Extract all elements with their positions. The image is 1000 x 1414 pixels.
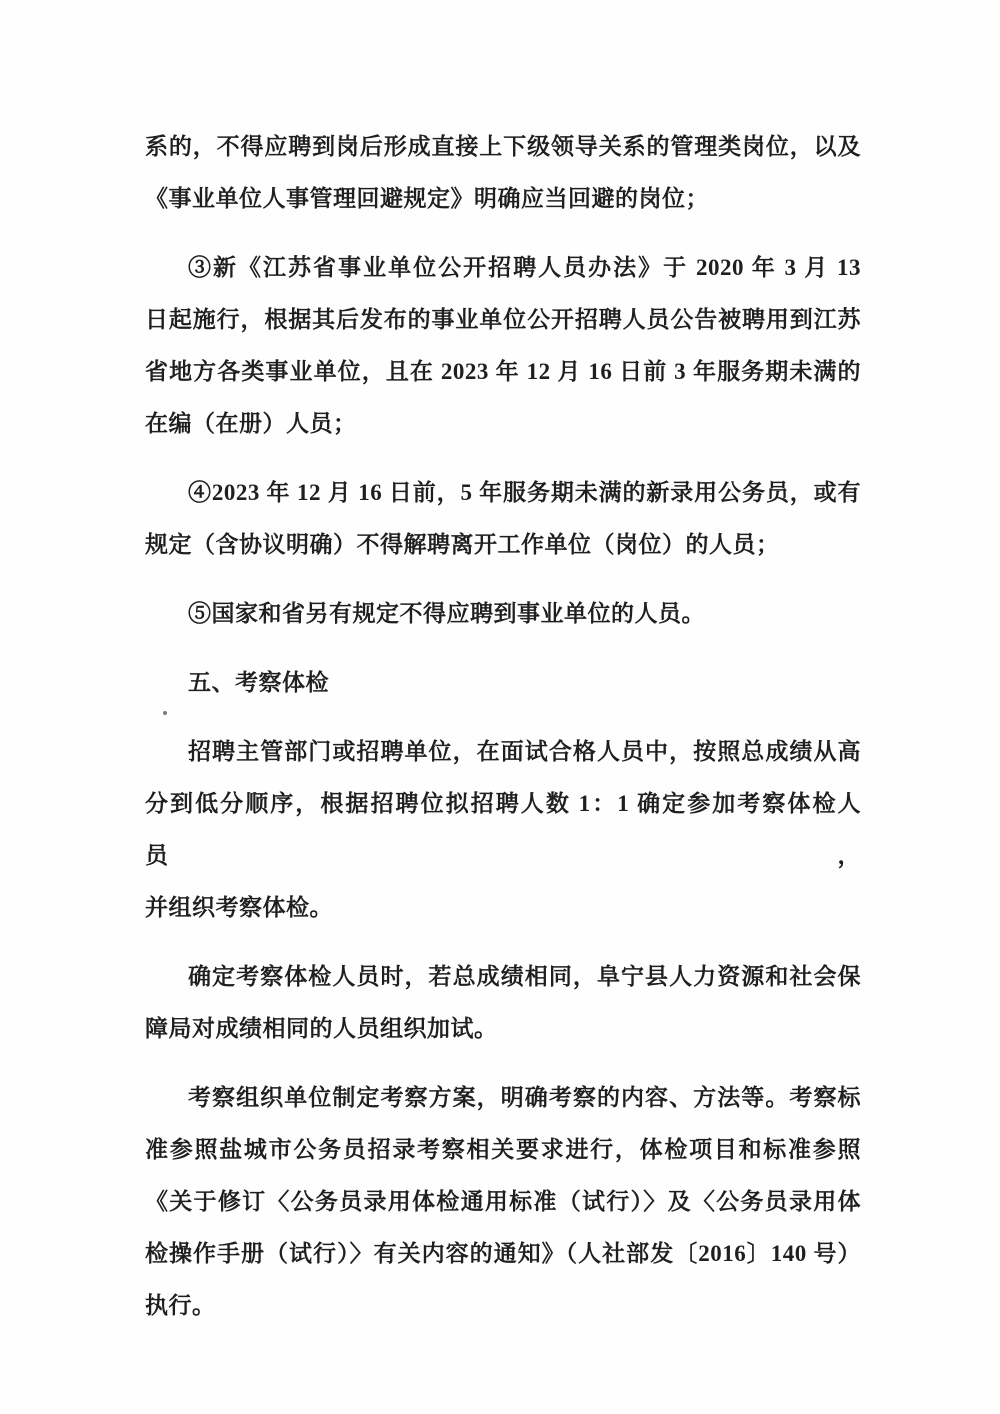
paragraph-body: 考察组织单位制定考察方案，明确考察的内容、方法等。考察标 准参照盐城市公务员招录… [145, 1072, 861, 1332]
paragraph-list-item-3: ③新《江苏省事业单位公开招聘人员办法》于 2020 年 3 月 13 日起施行，… [145, 242, 861, 450]
text-line: 日起施行，根据其后发布的事业单位公开招聘人员公告被聘用到江苏 [145, 294, 861, 346]
scan-artifact-dot [163, 711, 167, 715]
document-page: 系的，不得应聘到岗后形成直接上下级领导关系的管理类岗位，以及 《事业单位人事管理… [0, 0, 1000, 1414]
text-line: ③新《江苏省事业单位公开招聘人员办法》于 2020 年 3 月 13 [145, 242, 861, 294]
text-line: 检操作手册（试行）〉有关内容的通知》（人社部发〔2016〕140 号） [145, 1228, 861, 1280]
text-line: 准参照盐城市公务员招录考察相关要求进行，体检项目和标准参照 [145, 1124, 861, 1176]
text-line: 执行。 [145, 1280, 861, 1332]
section-heading-text: 五、考察体检 [145, 657, 861, 709]
text-line: 在编（在册）人员； [145, 398, 861, 450]
paragraph-continuation: 系的，不得应聘到岗后形成直接上下级领导关系的管理类岗位，以及 《事业单位人事管理… [145, 121, 861, 225]
text-line: 障局对成绩相同的人员组织加试。 [145, 1003, 861, 1055]
text-line: ⑤国家和省另有规定不得应聘到事业单位的人员。 [145, 588, 861, 640]
paragraph-list-item-5: ⑤国家和省另有规定不得应聘到事业单位的人员。 [145, 588, 861, 640]
text-line: 《关于修订〈公务员录用体检通用标准（试行）〉及〈公务员录用体 [145, 1176, 861, 1228]
text-line: 并组织考察体检。 [145, 882, 861, 934]
paragraph-body: 确定考察体检人员时，若总成绩相同，阜宁县人力资源和社会保 障局对成绩相同的人员组… [145, 951, 861, 1055]
text-line: 系的，不得应聘到岗后形成直接上下级领导关系的管理类岗位，以及 [145, 121, 861, 173]
text-line: ④2023 年 12 月 16 日前，5 年服务期未满的新录用公务员，或有 [145, 467, 861, 519]
text-line: 省地方各类事业单位，且在 2023 年 12 月 16 日前 3 年服务期未满的 [145, 346, 861, 398]
text-line: 《事业单位人事管理回避规定》明确应当回避的岗位； [145, 173, 861, 225]
text-line: 招聘主管部门或招聘单位，在面试合格人员中，按照总成绩从高 [145, 726, 861, 778]
text-line: 考察组织单位制定考察方案，明确考察的内容、方法等。考察标 [145, 1072, 861, 1124]
text-line: 分到低分顺序，根据招聘位拟招聘人数 1：1 确定参加考察体检人员， [145, 778, 861, 882]
text-line: 规定（含协议明确）不得解聘离开工作单位（岗位）的人员； [145, 519, 861, 571]
section-heading: 五、考察体检 [145, 657, 861, 709]
paragraph-list-item-4: ④2023 年 12 月 16 日前，5 年服务期未满的新录用公务员，或有 规定… [145, 467, 861, 571]
paragraph-body: 招聘主管部门或招聘单位，在面试合格人员中，按照总成绩从高 分到低分顺序，根据招聘… [145, 726, 861, 934]
document-body: 系的，不得应聘到岗后形成直接上下级领导关系的管理类岗位，以及 《事业单位人事管理… [145, 121, 861, 1332]
text-line: 确定考察体检人员时，若总成绩相同，阜宁县人力资源和社会保 [145, 951, 861, 1003]
